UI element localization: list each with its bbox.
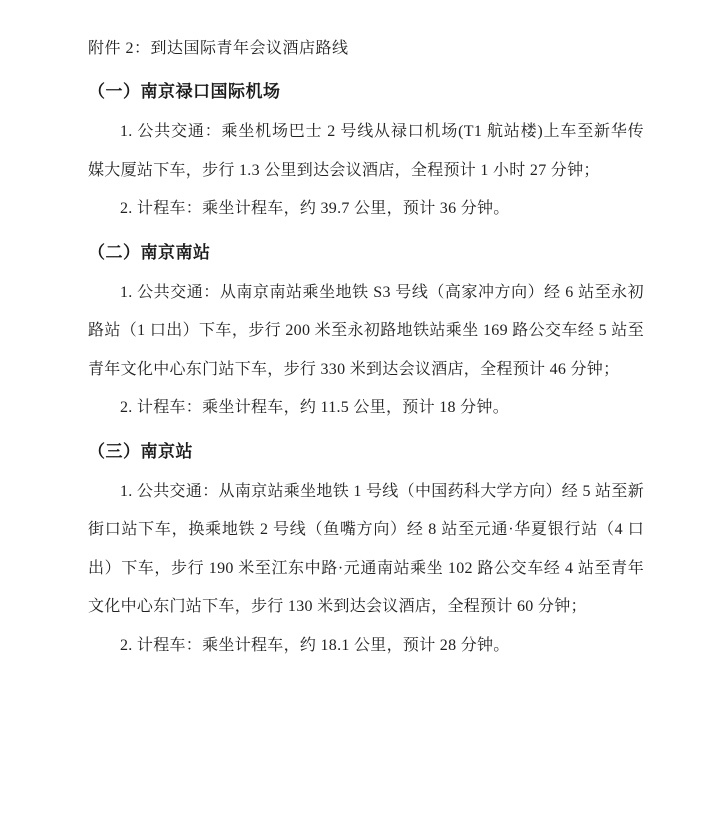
paragraph-nanjing-station-taxi: 2. 计程车：乘坐计程车，约 18.1 公里，预计 28 分钟。 <box>88 627 644 666</box>
section-heading-lukou-airport: （一）南京禄口国际机场 <box>88 73 644 111</box>
section-heading-nanjing-station: （三）南京站 <box>88 433 644 471</box>
paragraph-lukou-public-transit: 1. 公共交通：乘坐机场巴士 2 号线从禄口机场(T1 航站楼)上车至新华传媒大… <box>88 113 644 190</box>
attachment-title: 附件 2：到达国际青年会议酒店路线 <box>88 30 644 68</box>
paragraph-south-station-public-transit: 1. 公共交通：从南京南站乘坐地铁 S3 号线（高家冲方向）经 6 站至永初路站… <box>88 274 644 390</box>
paragraph-lukou-taxi: 2. 计程车：乘坐计程车，约 39.7 公里，预计 36 分钟。 <box>88 190 644 229</box>
document-page: 附件 2：到达国际青年会议酒店路线 （一）南京禄口国际机场 1. 公共交通：乘坐… <box>0 0 726 818</box>
paragraph-south-station-taxi: 2. 计程车：乘坐计程车，约 11.5 公里，预计 18 分钟。 <box>88 389 644 428</box>
section-heading-nanjing-south-station: （二）南京南站 <box>88 234 644 272</box>
paragraph-nanjing-station-public-transit: 1. 公共交通：从南京站乘坐地铁 1 号线（中国药科大学方向）经 5 站至新街口… <box>88 473 644 627</box>
